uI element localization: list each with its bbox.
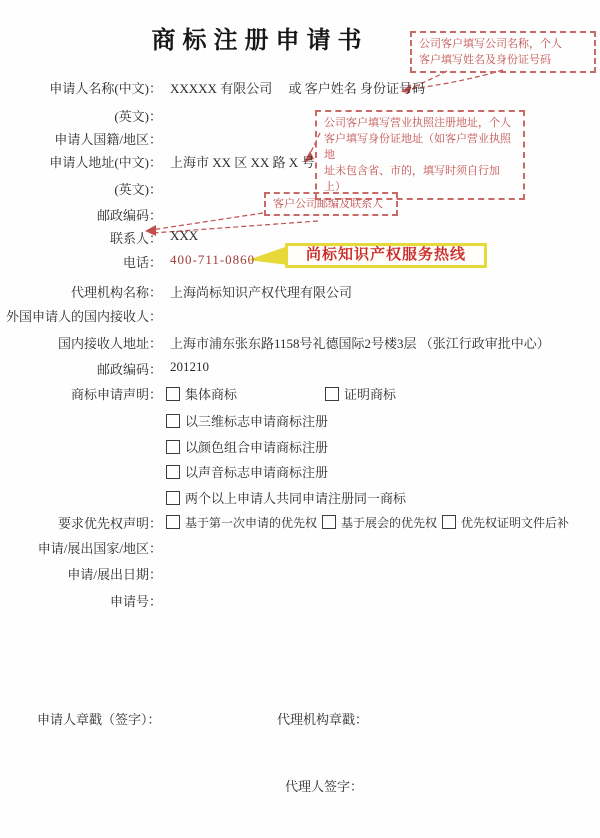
agency-seal-label: 代理机构章戳： (277, 709, 368, 728)
option-sound-mark: 以声音标志申请商标注册 (166, 462, 328, 481)
field-contact-person: 联系人： XXX (0, 228, 600, 248)
field-label: 邮政编码： (0, 205, 162, 224)
field-phone: 电话： 400-711-0860 (0, 252, 600, 272)
field-label: 邮政编码： (0, 359, 162, 378)
option-label: 集体商标 (185, 387, 237, 402)
checkbox-first-application-priority[interactable] (166, 515, 180, 529)
option-label: 证明商标 (344, 387, 396, 402)
option-label: 基于第一次申请的优先权 (185, 516, 317, 530)
field-label: 代理机构名称： (0, 282, 162, 301)
field-label: 联系人： (0, 228, 162, 247)
field-label: 国内接收人地址： (0, 333, 162, 352)
field-value: XXXXX 有限公司 或 客户姓名 身份证号码 (170, 78, 425, 97)
option-exhibition-priority: 基于展会的优先权 (322, 516, 437, 530)
option-first-application-priority: 基于第一次申请的优先权 (166, 516, 317, 530)
checkbox-exhibition-priority[interactable] (322, 515, 336, 529)
note-applicant-name: 公司客户填写公司名称，个人 客户填写姓名及身份证号码 (410, 31, 596, 73)
field-label: (英文)： (0, 179, 162, 198)
option-certification-mark: 证明商标 (325, 384, 396, 403)
field-value: 上海尚标知识产权代理有限公司 (170, 282, 352, 301)
checkbox-color-combination[interactable] (166, 440, 180, 454)
option-color-combination: 以颜色组合申请商标注册 (166, 437, 328, 456)
field-label: 申请人名称(中文)： (0, 78, 162, 97)
field-value: XXX (170, 228, 198, 244)
field-value: 201210 (170, 359, 209, 375)
field-applicant-address-cn: 申请人地址(中文)： 上海市 XX 区 XX 路 X 号 (0, 152, 600, 172)
option-label: 以颜色组合申请商标注册 (185, 440, 328, 455)
agent-signature-label: 代理人签字： (285, 776, 363, 795)
field-value: 上海市浦东张东路1158号礼德国际2号楼3层 （张江行政审批中心） (170, 333, 550, 352)
checkbox-collective-mark[interactable] (166, 387, 180, 401)
applicant-seal-label: 申请人章戳（签字）： (37, 709, 161, 728)
option-priority-document-later: 优先权证明文件后补 (442, 516, 569, 530)
field-label: 申请人国籍/地区： (0, 129, 162, 148)
checkbox-certification-mark[interactable] (325, 387, 339, 401)
checkbox-3d-mark[interactable] (166, 414, 180, 428)
option-label: 优先权证明文件后补 (461, 516, 569, 530)
field-label: 申请人地址(中文)： (0, 152, 162, 171)
checkbox-priority-document-later[interactable] (442, 515, 456, 529)
option-collective-mark: 集体商标 (166, 384, 237, 403)
option-3d-mark: 以三维标志申请商标注册 (166, 411, 328, 430)
field-applicant-name-en: (英文)： (0, 106, 600, 126)
field-label: 外国申请人的国内接收人： (0, 306, 162, 325)
field-label: 商标申请声明： (0, 384, 162, 403)
field-label: 申请/展出国家/地区： (0, 538, 162, 557)
field-applicant-name-cn: 申请人名称(中文)： XXXXX 有限公司 或 客户姓名 身份证号码 (0, 78, 600, 98)
option-joint-application: 两个以上申请人共同申请注册同一商标 (166, 488, 406, 507)
trademark-application-form: 商标注册申请书 公司客户填写公司名称，个人 客户填写姓名及身份证号码 公司客户填… (0, 0, 600, 838)
field-agency-name: 代理机构名称： 上海尚标知识产权代理有限公司 (0, 282, 600, 302)
field-postal-code: 邮政编码： (0, 205, 600, 225)
field-applicant-address-en: (英文)： (0, 179, 600, 199)
priority-options: 基于第一次申请的优先权 基于展会的优先权 优先权证明文件后补 (166, 514, 571, 531)
field-value-phone: 400-711-0860 (170, 252, 255, 268)
checkbox-sound-mark[interactable] (166, 465, 180, 479)
note-line: 公司客户填写公司名称，个人 (419, 36, 587, 52)
field-application-country: 申请/展出国家/地区： (0, 538, 600, 558)
field-recipient-postal-code: 邮政编码： 201210 (0, 359, 600, 379)
field-recipient-address: 国内接收人地址： 上海市浦东张东路1158号礼德国际2号楼3层 （张江行政审批中… (0, 333, 600, 353)
checkbox-joint-application[interactable] (166, 491, 180, 505)
option-label: 以三维标志申请商标注册 (185, 414, 328, 429)
field-domestic-recipient: 外国申请人的国内接收人： (0, 306, 600, 326)
field-application-date: 申请/展出日期： (0, 564, 600, 584)
option-label: 两个以上申请人共同申请注册同一商标 (185, 491, 406, 506)
declaration-row: 商标申请声明： 集体商标 证明商标 (0, 384, 600, 404)
field-label: 申请/展出日期： (0, 564, 162, 583)
field-nationality: 申请人国籍/地区： (0, 129, 600, 149)
field-application-number: 申请号： (0, 591, 600, 611)
field-value: 上海市 XX 区 XX 路 X 号 (170, 152, 314, 171)
field-label: 电话： (0, 252, 162, 271)
field-label: (英文)： (0, 106, 162, 125)
priority-row: 要求优先权声明： 基于第一次申请的优先权 基于展会的优先权 优先权证明文件后补 (0, 513, 600, 533)
option-label: 基于展会的优先权 (341, 516, 437, 530)
field-label: 要求优先权声明： (0, 513, 162, 532)
field-label: 申请号： (0, 591, 162, 610)
option-label: 以声音标志申请商标注册 (185, 465, 328, 480)
note-line: 客户填写姓名及身份证号码 (419, 52, 587, 68)
